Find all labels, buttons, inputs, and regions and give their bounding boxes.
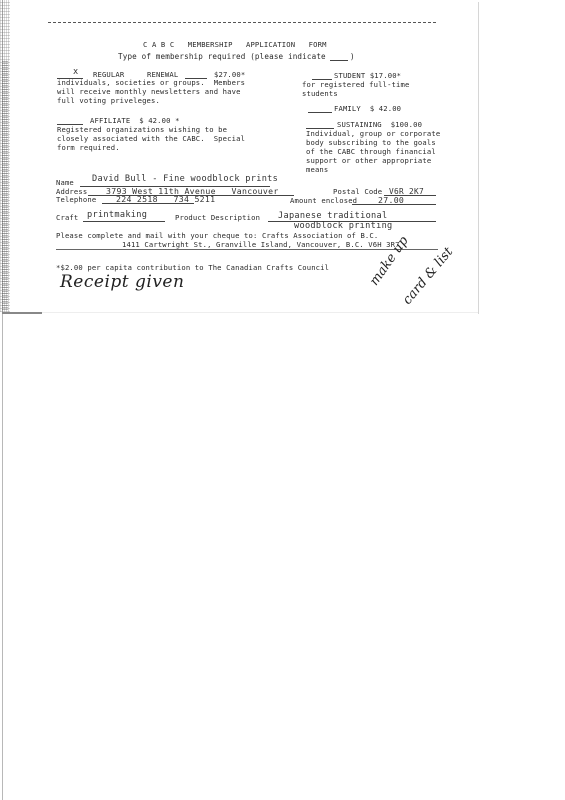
craft-line xyxy=(83,221,165,222)
affiliate-label: AFFILIATE $ 42.00 * xyxy=(90,116,180,125)
scanned-page: C A B C MEMBERSHIP APPLICATION FORM Type… xyxy=(0,0,565,800)
product-description-label: Product Description xyxy=(175,213,260,222)
margin-note-line-2: card & list xyxy=(400,245,456,308)
cut-line xyxy=(48,22,436,23)
form-subtitle-close: ) xyxy=(350,52,355,61)
telephone-value[interactable]: 224 2518 734 5211 xyxy=(116,194,215,204)
postal-code-label: Postal Code xyxy=(333,187,382,196)
affiliate-desc-1: Registered organizations wishing to be xyxy=(57,125,227,134)
sustaining-label: SUSTAINING $100.00 xyxy=(337,120,422,129)
form-title: C A B C MEMBERSHIP APPLICATION FORM xyxy=(143,40,327,49)
name-value[interactable]: David Bull - Fine woodblock prints xyxy=(92,174,278,184)
student-label: STUDENT $17.00* xyxy=(334,71,401,80)
student-desc-1: for registered full-time xyxy=(302,80,409,89)
craft-value[interactable]: printmaking xyxy=(87,210,147,220)
affiliate-desc-3: form required. xyxy=(57,143,120,152)
telephone-label: Telephone xyxy=(56,195,96,204)
form-subtitle: Type of membership required (please indi… xyxy=(118,52,326,61)
mail-instructions-line-2: 1411 Cartwright St., Granville Island, V… xyxy=(122,240,400,249)
family-checkbox-line[interactable] xyxy=(308,112,332,113)
regular-desc-3: full voting priveleges. xyxy=(57,96,160,105)
sustaining-desc-2: body subscribing to the goals xyxy=(306,138,436,147)
regular-mark: x xyxy=(73,67,78,77)
sustaining-desc-3: of the CABC through financial xyxy=(306,147,436,156)
sustaining-desc-4: support or other appropriate xyxy=(306,156,431,165)
form-right-edge xyxy=(478,2,479,314)
mail-instructions-line-1: Please complete and mail with your chequ… xyxy=(56,231,378,240)
amount-label: Amount enclosed xyxy=(290,196,357,205)
product-description-value-1[interactable]: Japanese traditional xyxy=(278,211,387,221)
footnote: *$2.00 per capita contribution to The Ca… xyxy=(56,263,329,272)
mail-instructions-rule xyxy=(56,249,438,250)
affiliate-desc-2: closely associated with the CABC. Specia… xyxy=(57,134,245,143)
regular-desc-1: individuals, societies or groups. Member… xyxy=(57,78,245,87)
student-desc-2: students xyxy=(302,89,338,98)
amount-value[interactable]: 27.00 xyxy=(378,195,404,205)
sustaining-desc-1: Individual, group or corporate xyxy=(306,129,440,138)
family-label: FAMILY $ 42.00 xyxy=(334,104,401,113)
product-description-value-2[interactable]: woodblock printing xyxy=(294,221,393,231)
receipt-given-note: Receipt given xyxy=(60,272,184,292)
scan-edge-shadow xyxy=(2,60,8,310)
indicate-blank xyxy=(330,60,348,61)
form-bottom-edge xyxy=(2,312,42,314)
regular-desc-2: will receive monthly newsletters and hav… xyxy=(57,87,241,96)
sustaining-desc-5: means xyxy=(306,165,328,174)
name-label: Name xyxy=(56,178,74,187)
craft-label: Craft xyxy=(56,213,78,222)
form-bottom-edge-faint xyxy=(42,312,478,313)
